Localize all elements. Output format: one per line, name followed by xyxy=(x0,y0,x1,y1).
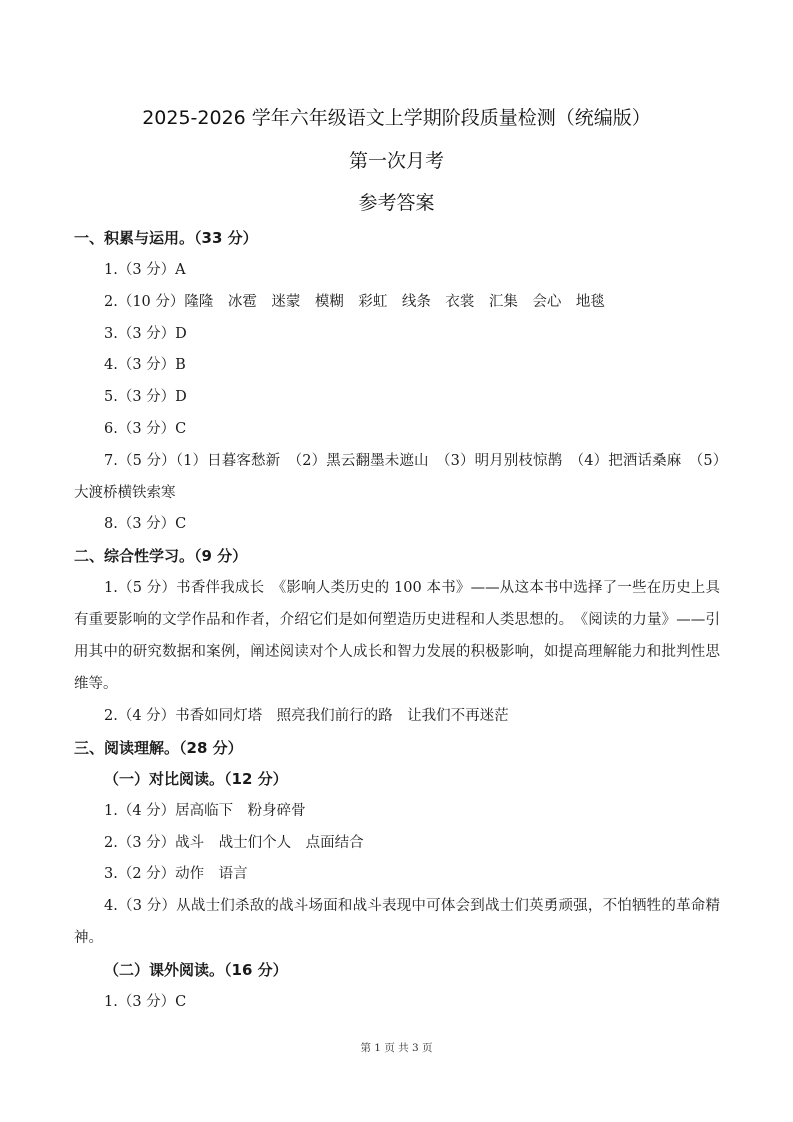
answer-item: 6.（3 分）C xyxy=(104,419,186,439)
answer-item-paragraph: 1.（5 分）书香伴我成长 《影响人类历史的 100 本书》——从这本书中选择了… xyxy=(74,572,720,700)
answer-item: 3.（3 分）D xyxy=(104,324,187,344)
section-heading-1: 一、积累与运用。（33 分） xyxy=(74,228,258,248)
answer-item-paragraph: 7.（5 分）（1）日暮客愁新 （2）黑云翻墨未遮山 （3）明月别枝惊鹊 （4）… xyxy=(74,445,720,509)
answer-item: 4.（3 分）B xyxy=(104,355,186,375)
answer-item: 2.（10 分）隆隆 冰雹 迷蒙 模糊 彩虹 线条 衣裳 汇集 会心 地毯 xyxy=(104,292,605,312)
answer-item: 3.（2 分）动作 语言 xyxy=(104,864,248,884)
exam-name: 第一次月考 xyxy=(0,146,793,173)
answer-item: 1.（4 分）居高临下 粉身碎骨 xyxy=(104,801,306,821)
subsection-heading: （一）对比阅读。（12 分） xyxy=(104,769,288,789)
answer-key-page: 2025-2026 学年六年级语文上学期阶段质量检测（统编版） 第一次月考 参考… xyxy=(0,0,793,1122)
answer-item: 1.（3 分）A xyxy=(104,260,186,280)
document-type: 参考答案 xyxy=(0,188,793,215)
answer-item-paragraph: 4.（3 分）从战士们杀敌的战斗场面和战斗表现中可体会到战士们英勇顽强，不怕牺牲… xyxy=(74,890,720,954)
answer-item: 5.（3 分）D xyxy=(104,387,187,407)
section-heading-2: 二、综合性学习。（9 分） xyxy=(74,546,247,566)
section-heading-3: 三、阅读理解。（28 分） xyxy=(74,738,243,758)
answer-item: 2.（3 分）战斗 战士们个人 点面结合 xyxy=(104,833,364,853)
subsection-heading: （二）课外阅读。（16 分） xyxy=(104,960,288,980)
page-number: 第 1 页 共 3 页 xyxy=(0,1040,793,1055)
document-title: 2025-2026 学年六年级语文上学期阶段质量检测（统编版） xyxy=(0,103,793,130)
answer-item: 8.（3 分）C xyxy=(104,514,186,534)
answer-item: 1.（3 分）C xyxy=(104,992,186,1012)
answer-item: 2.（4 分）书香如同灯塔 照亮我们前行的路 让我们不再迷茫 xyxy=(104,706,509,726)
